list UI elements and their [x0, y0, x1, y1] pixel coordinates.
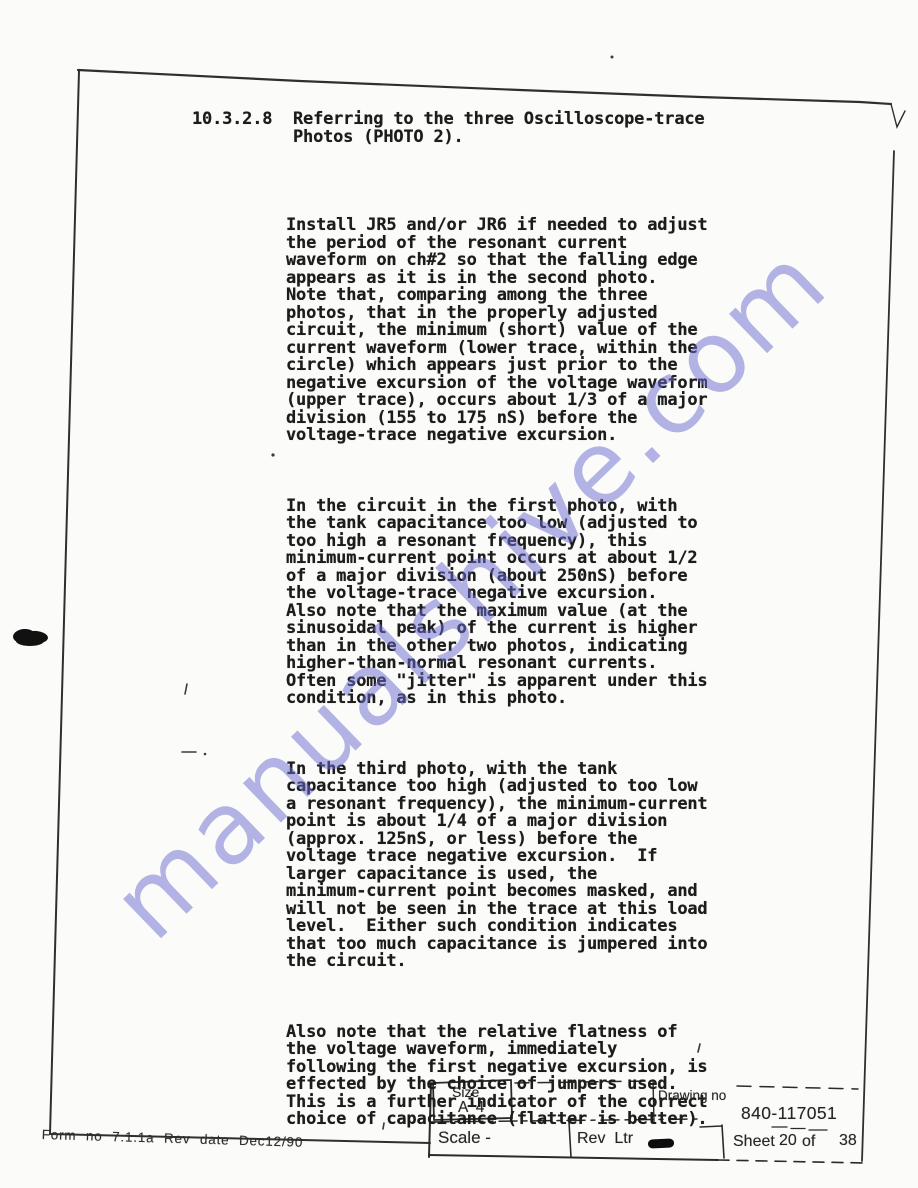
size-label: Size [452, 1084, 479, 1100]
section-number: 10.3.2.8 [192, 111, 272, 129]
corner-check-mark [891, 104, 905, 127]
section-heading: Referring to the three Oscilloscope-trac… [293, 111, 763, 146]
scale-label: Scale - [438, 1128, 491, 1148]
sheet-number: 20 [779, 1132, 797, 1150]
rev-ltr-label: Rev Ltr [577, 1130, 633, 1148]
paragraph-4: Also note that the relative flatness of … [286, 1024, 772, 1129]
paragraph-2: In the circuit in the first photo, with … [286, 498, 772, 708]
sheet-label: Sheet [733, 1133, 775, 1151]
of-label: of [802, 1133, 815, 1151]
body-text: Install JR5 and/or JR6 if needed to adju… [286, 182, 772, 1182]
size-value: A 4 [458, 1099, 486, 1117]
paragraph-1: Install JR5 and/or JR6 if needed to adju… [286, 217, 772, 445]
scanned-page: 10.3.2.8 Referring to the three Oscillos… [0, 0, 918, 1188]
drawing-no-value: 840-117051 [741, 1103, 837, 1124]
paragraph-3: In the third photo, with the tank capaci… [286, 761, 772, 971]
stray-apostrophe [185, 684, 187, 694]
drawing-number-underline [772, 1127, 827, 1130]
sheet-total: 38 [839, 1132, 857, 1150]
drawing-no-label: Drawing no [658, 1088, 726, 1103]
rev-ltr-dash-marker [648, 1138, 674, 1148]
ink-scribble [12, 628, 48, 646]
